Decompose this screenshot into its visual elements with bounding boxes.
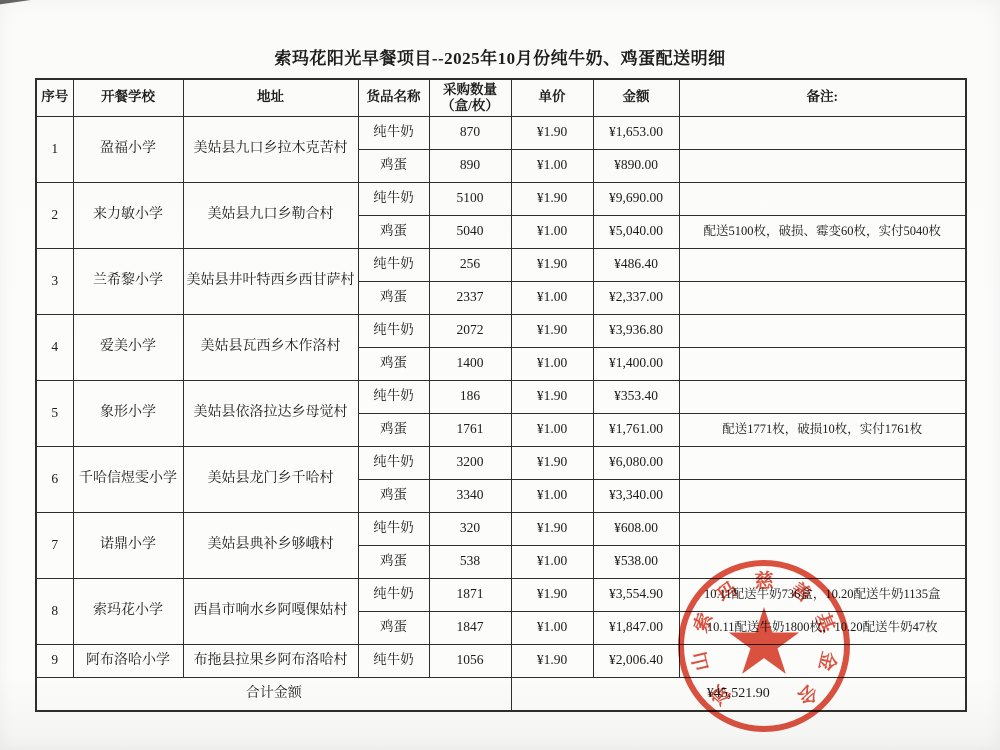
cell-product: 纯牛奶 <box>358 116 429 149</box>
cell-product: 纯牛奶 <box>358 512 429 545</box>
cell-product: 鸡蛋 <box>358 413 429 446</box>
header-address: 地址 <box>183 79 358 116</box>
cell-qty: 1400 <box>429 347 511 380</box>
cell-school: 兰希黎小学 <box>73 248 183 314</box>
cell-qty: 5040 <box>429 215 511 248</box>
cell-qty: 890 <box>429 149 511 182</box>
cell-product: 纯牛奶 <box>358 446 429 479</box>
cell-amount: ¥1,761.00 <box>593 413 679 446</box>
cell-product: 鸡蛋 <box>358 215 429 248</box>
cell-product: 鸡蛋 <box>358 281 429 314</box>
cell-qty: 256 <box>429 248 511 281</box>
cell-no: 7 <box>36 512 73 578</box>
cell-qty: 2337 <box>429 281 511 314</box>
cell-product: 纯牛奶 <box>358 314 429 347</box>
cell-price: ¥1.00 <box>511 347 593 380</box>
header-row: 序号 开餐学校 地址 货品名称 采购数量 （盒/枚） 单价 金额 备注: <box>36 79 966 116</box>
header-remark: 备注: <box>679 79 966 116</box>
table-row: 5 象形小学 美姑县依洛拉达乡母觉村 纯牛奶 186 ¥1.90 ¥353.40 <box>36 380 966 413</box>
cell-no: 9 <box>36 644 73 677</box>
cell-product: 纯牛奶 <box>358 380 429 413</box>
cell-remark: 配送5100枚，破损、霉变60枚，实付5040枚 <box>679 215 966 248</box>
page-title: 索玛花阳光早餐项目--2025年10月份纯牛奶、鸡蛋配送明细 <box>0 44 1000 69</box>
cell-address: 布拖县拉果乡阿布洛哈村 <box>183 644 358 677</box>
cell-remark <box>679 380 966 413</box>
cell-amount: ¥2,006.40 <box>593 644 679 677</box>
table-row: 6 千哈信煜雯小学 美姑县龙门乡千哈村 纯牛奶 3200 ¥1.90 ¥6,08… <box>36 446 966 479</box>
cell-remark: 10.11配送牛奶736盒，10.20配送牛奶1135盒 <box>679 578 966 611</box>
scan-corner-artifact <box>0 0 55 21</box>
table-row: 8 索玛花小学 西昌市响水乡阿嘎倮姑村 纯牛奶 1871 ¥1.90 ¥3,55… <box>36 578 966 611</box>
cell-product: 纯牛奶 <box>358 578 429 611</box>
cell-school: 诺鼎小学 <box>73 512 183 578</box>
cell-amount: ¥2,337.00 <box>593 281 679 314</box>
scanned-page: 索玛花阳光早餐项目--2025年10月份纯牛奶、鸡蛋配送明细 序号 开餐学校 地… <box>0 0 1000 750</box>
cell-price: ¥1.00 <box>511 413 593 446</box>
cell-amount: ¥1,400.00 <box>593 347 679 380</box>
cell-no: 2 <box>36 182 73 248</box>
cell-qty: 1761 <box>429 413 511 446</box>
cell-price: ¥1.90 <box>511 182 593 215</box>
cell-address: 西昌市响水乡阿嘎倮姑村 <box>183 578 358 644</box>
header-amount: 金额 <box>593 79 679 116</box>
header-qty: 采购数量 （盒/枚） <box>429 79 511 116</box>
cell-qty: 1056 <box>429 644 511 677</box>
cell-amount: ¥890.00 <box>593 149 679 182</box>
table-row: 9 阿布洛哈小学 布拖县拉果乡阿布洛哈村 纯牛奶 1056 ¥1.90 ¥2,0… <box>36 644 966 677</box>
header-price: 单价 <box>511 79 593 116</box>
cell-school: 索玛花小学 <box>73 578 183 644</box>
cell-remark <box>679 545 966 578</box>
cell-qty: 870 <box>429 116 511 149</box>
cell-no: 4 <box>36 314 73 380</box>
cell-qty: 1847 <box>429 611 511 644</box>
cell-price: ¥1.00 <box>511 215 593 248</box>
cell-qty: 1871 <box>429 578 511 611</box>
cell-qty: 538 <box>429 545 511 578</box>
cell-product: 鸡蛋 <box>358 611 429 644</box>
cell-price: ¥1.00 <box>511 281 593 314</box>
cell-price: ¥1.00 <box>511 479 593 512</box>
header-product: 货品名称 <box>358 79 429 116</box>
total-label: 合计金额 <box>36 677 511 711</box>
cell-price: ¥1.90 <box>511 644 593 677</box>
cell-qty: 186 <box>429 380 511 413</box>
cell-amount: ¥5,040.00 <box>593 215 679 248</box>
cell-qty: 3340 <box>429 479 511 512</box>
header-qty-line2: （盒/枚） <box>432 98 509 114</box>
cell-no: 3 <box>36 248 73 314</box>
cell-amount: ¥1,847.00 <box>593 611 679 644</box>
cell-address: 美姑县典补乡够峨村 <box>183 512 358 578</box>
cell-amount: ¥608.00 <box>593 512 679 545</box>
table-row: 3 兰希黎小学 美姑县井叶特西乡西甘萨村 纯牛奶 256 ¥1.90 ¥486.… <box>36 248 966 281</box>
cell-price: ¥1.00 <box>511 611 593 644</box>
cell-amount: ¥1,653.00 <box>593 116 679 149</box>
cell-remark <box>679 314 966 347</box>
cell-school: 千哈信煜雯小学 <box>73 446 183 512</box>
cell-price: ¥1.90 <box>511 380 593 413</box>
cell-remark <box>679 512 966 545</box>
cell-remark <box>679 479 966 512</box>
cell-remark <box>679 347 966 380</box>
cell-product: 纯牛奶 <box>358 182 429 215</box>
cell-product: 鸡蛋 <box>358 479 429 512</box>
header-qty-line1: 采购数量 <box>432 82 509 98</box>
cell-qty: 2072 <box>429 314 511 347</box>
cell-price: ¥1.00 <box>511 545 593 578</box>
cell-no: 1 <box>36 116 73 182</box>
cell-remark <box>679 446 966 479</box>
table-row: 1 盈福小学 美姑县九口乡拉木克苦村 纯牛奶 870 ¥1.90 ¥1,653.… <box>36 116 966 149</box>
total-amount: ¥45,521.90 <box>511 677 966 711</box>
cell-remark: 配送1771枚，破损10枚，实付1761枚 <box>679 413 966 446</box>
cell-amount: ¥353.40 <box>593 380 679 413</box>
cell-amount: ¥9,690.00 <box>593 182 679 215</box>
cell-product: 纯牛奶 <box>358 644 429 677</box>
cell-school: 来力敏小学 <box>73 182 183 248</box>
cell-remark <box>679 182 966 215</box>
cell-price: ¥1.90 <box>511 248 593 281</box>
cell-remark <box>679 149 966 182</box>
cell-amount: ¥3,554.90 <box>593 578 679 611</box>
cell-price: ¥1.90 <box>511 512 593 545</box>
cell-remark <box>679 281 966 314</box>
cell-qty: 5100 <box>429 182 511 215</box>
table-row: 2 来力敏小学 美姑县九口乡勒合村 纯牛奶 5100 ¥1.90 ¥9,690.… <box>36 182 966 215</box>
cell-address: 美姑县龙门乡千哈村 <box>183 446 358 512</box>
cell-amount: ¥3,340.00 <box>593 479 679 512</box>
cell-amount: ¥486.40 <box>593 248 679 281</box>
cell-product: 纯牛奶 <box>358 248 429 281</box>
cell-no: 8 <box>36 578 73 644</box>
cell-address: 美姑县依洛拉达乡母觉村 <box>183 380 358 446</box>
cell-school: 爱美小学 <box>73 314 183 380</box>
table-row: 4 爱美小学 美姑县瓦西乡木作洛村 纯牛奶 2072 ¥1.90 ¥3,936.… <box>36 314 966 347</box>
cell-qty: 320 <box>429 512 511 545</box>
cell-price: ¥1.90 <box>511 314 593 347</box>
cell-amount: ¥6,080.00 <box>593 446 679 479</box>
cell-price: ¥1.90 <box>511 116 593 149</box>
cell-remark: 10.11配送牛奶1800枚，10.20配送牛奶47枚 <box>679 611 966 644</box>
cell-price: ¥1.00 <box>511 149 593 182</box>
cell-qty: 3200 <box>429 446 511 479</box>
delivery-table: 序号 开餐学校 地址 货品名称 采购数量 （盒/枚） 单价 金额 备注: 1 盈… <box>35 78 967 712</box>
cell-remark <box>679 644 966 677</box>
table-row: 7 诺鼎小学 美姑县典补乡够峨村 纯牛奶 320 ¥1.90 ¥608.00 <box>36 512 966 545</box>
header-school: 开餐学校 <box>73 79 183 116</box>
cell-product: 鸡蛋 <box>358 545 429 578</box>
cell-school: 象形小学 <box>73 380 183 446</box>
cell-price: ¥1.90 <box>511 446 593 479</box>
cell-amount: ¥3,936.80 <box>593 314 679 347</box>
cell-address: 美姑县井叶特西乡西甘萨村 <box>183 248 358 314</box>
cell-school: 阿布洛哈小学 <box>73 644 183 677</box>
header-no: 序号 <box>36 79 73 116</box>
cell-remark <box>679 248 966 281</box>
cell-product: 鸡蛋 <box>358 347 429 380</box>
cell-no: 5 <box>36 380 73 446</box>
total-row: 合计金额 ¥45,521.90 <box>36 677 966 711</box>
cell-product: 鸡蛋 <box>358 149 429 182</box>
cell-remark <box>679 116 966 149</box>
cell-address: 美姑县九口乡拉木克苦村 <box>183 116 358 182</box>
cell-amount: ¥538.00 <box>593 545 679 578</box>
cell-price: ¥1.90 <box>511 578 593 611</box>
cell-address: 美姑县九口乡勒合村 <box>183 182 358 248</box>
cell-school: 盈福小学 <box>73 116 183 182</box>
cell-address: 美姑县瓦西乡木作洛村 <box>183 314 358 380</box>
cell-no: 6 <box>36 446 73 512</box>
